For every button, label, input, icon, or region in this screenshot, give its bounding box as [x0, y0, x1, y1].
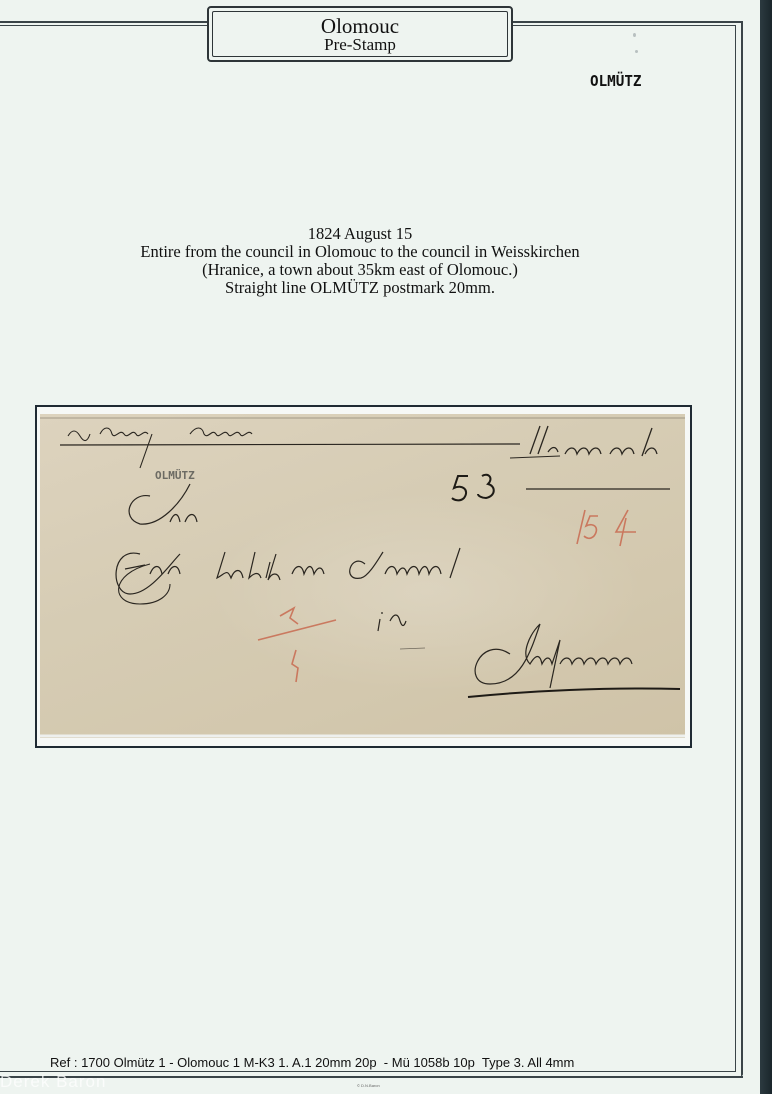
description-line: Straight line OLMÜTZ postmark 20mm.: [60, 279, 660, 297]
frame-line: [0, 1071, 736, 1072]
cover-postmark-strike: OLMÜTZ: [155, 469, 195, 482]
description-line: Entire from the council in Olomouc to th…: [60, 243, 660, 261]
cover-description: 1824 August 15 Entire from the council i…: [60, 225, 660, 297]
page-title-box: Olomouc Pre-Stamp: [207, 6, 513, 62]
cover-image: OLMÜTZ: [40, 414, 685, 738]
catalogue-reference: Ref : 1700 Olmütz 1 - Olomouc 1 M-K3 1. …: [50, 1055, 690, 1070]
scan-speck: [633, 33, 636, 37]
page-subtitle: Pre-Stamp: [213, 36, 507, 54]
description-date: 1824 August 15: [60, 225, 660, 243]
page-title-box-inner: Olomouc Pre-Stamp: [212, 11, 508, 57]
postmark-illustration: OLMÜTZ: [590, 72, 676, 90]
frame-line: [741, 21, 743, 1076]
frame-line: [735, 25, 736, 1071]
page-edge: [760, 0, 772, 1094]
manuscript-drawing: [40, 414, 685, 738]
copyright-notice: © D.N.Baron: [357, 1083, 380, 1088]
scan-speck: [635, 50, 638, 53]
watermark: Derek Baron: [0, 1072, 106, 1092]
frame-line: [0, 1076, 743, 1078]
page-title: Olomouc: [213, 16, 507, 36]
description-line: (Hranice, a town about 35km east of Olom…: [60, 261, 660, 279]
